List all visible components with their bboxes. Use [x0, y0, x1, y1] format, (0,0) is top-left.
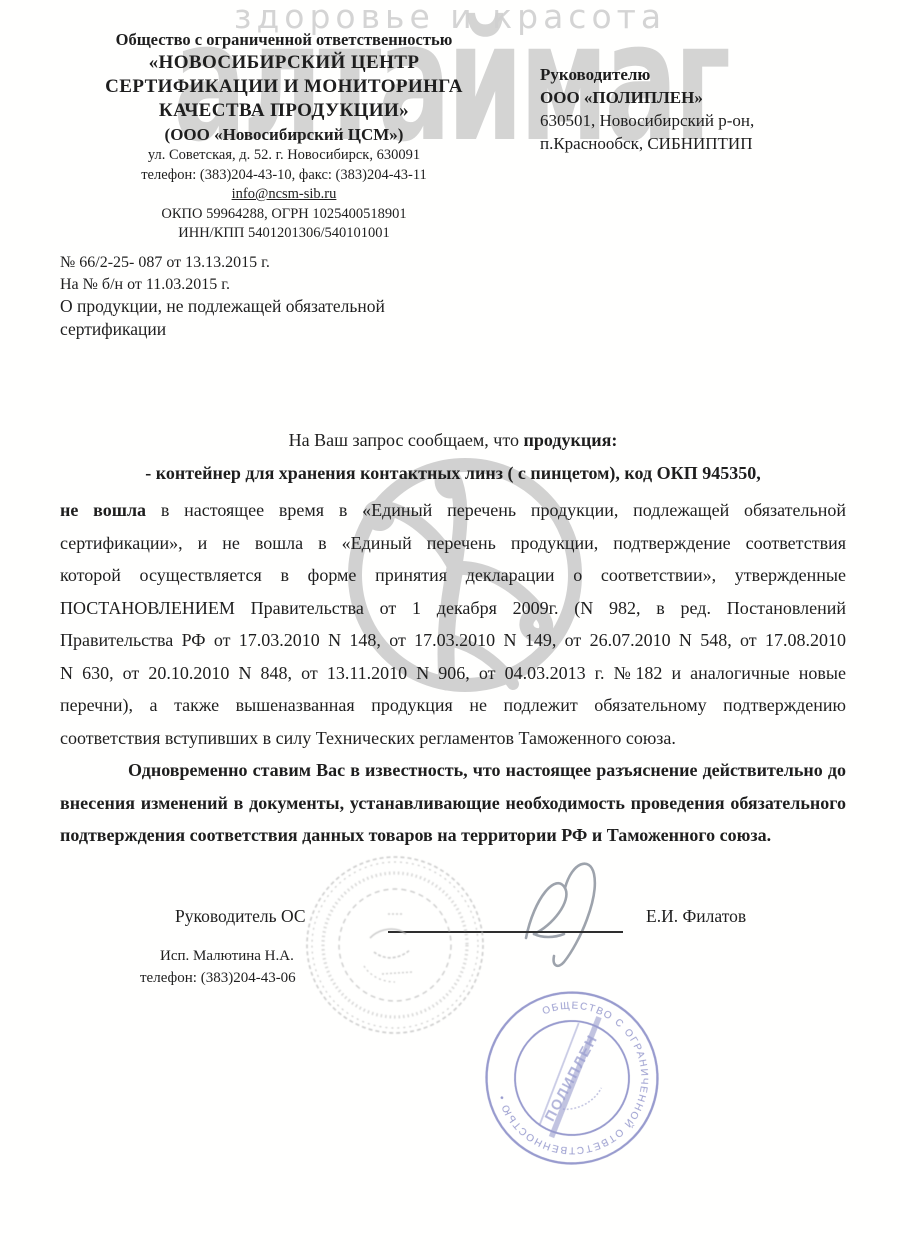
paragraph1-text: в настоящее время в «Единый перечень про… — [146, 500, 846, 520]
svg-text:ОБЩЕСТВО С ОГРАНИЧЕННОЙ ОТВЕТС: ОБЩЕСТВО С ОГРАНИЧЕННОЙ ОТВЕТСТВЕННОСТЬЮ… — [470, 976, 675, 1181]
sender-name-line1: «НОВОСИБИРСКИЙ ЦЕНТР — [60, 51, 508, 75]
paragraph1-line: не вошла в настоящее время в «Единый пер… — [60, 494, 846, 527]
sender-name-line3: КАЧЕСТВА ПРОДУКЦИИ» — [60, 99, 508, 123]
reference-block: № 66/2-25- 087 от 13.13.2015 г. На № б/н… — [60, 252, 385, 341]
paragraph2-line: подтверждения соответствия данных товаро… — [60, 819, 846, 852]
recipient-round-stamp: ОБЩЕСТВО С ОГРАНИЧЕННОЙ ОТВЕТСТВЕННОСТЬЮ… — [447, 953, 698, 1204]
scanned-letter-page: алтаймаг здоровье и красота Общество с о… — [0, 0, 900, 1257]
signature-name: Е.И. Филатов — [646, 906, 746, 927]
intro-line: На Ваш запрос сообщаем, что продукция: — [60, 424, 846, 457]
sender-round-stamp-faint — [300, 850, 490, 1040]
sender-letterhead: Общество с ограниченной ответственностью… — [60, 28, 508, 244]
handwritten-signature — [468, 850, 648, 975]
letter-body: На Ваш запрос сообщаем, что продукция: -… — [60, 424, 846, 852]
paragraph1-line: соответствия вступивших в силу Техническ… — [60, 722, 846, 755]
intro-bold-text: продукция: — [524, 430, 618, 450]
stamp-ring-text: ОБЩЕСТВО С ОГРАНИЧЕННОЙ ОТВЕТСТВЕННОСТЬЮ… — [470, 976, 675, 1181]
paragraph1-line: которой осуществляется в форме принятия … — [60, 559, 846, 592]
signature-line — [388, 931, 623, 933]
paragraph2-line: внесения изменений в документы, устанавл… — [60, 787, 846, 820]
sender-name-line2: СЕРТИФИКАЦИИ И МОНИТОРИНГА — [60, 75, 508, 99]
recipient-to: Руководителю — [540, 63, 754, 86]
recipient-org: ООО «ПОЛИПЛЕН» — [540, 86, 754, 109]
outgoing-number: № 66/2-25- 087 от 13.13.2015 г. — [60, 252, 385, 274]
sender-org-type: Общество с ограниченной ответственностью — [60, 28, 508, 51]
paragraph1-line: ПОСТАНОВЛЕНИЕМ Правительства от 1 декабр… — [60, 592, 846, 625]
sender-short-name: (ООО «Новосибирский ЦСМ») — [60, 123, 508, 146]
subject-line1: О продукции, не подлежащей обязательной — [60, 295, 385, 318]
paragraph1-line: перечни), а также вышеназванная продукци… — [60, 689, 846, 722]
paragraph1-line: сертификации», и не вошла в «Единый пере… — [60, 527, 846, 560]
sender-phone-fax: телефон: (383)204-43-10, факс: (383)204-… — [60, 166, 508, 186]
paragraph1-line: N 630, от 20.10.2010 N 848, от 13.11.201… — [60, 657, 846, 690]
sender-okpo-ogrn: ОКПО 59964288, ОГРН 1025400518901 — [60, 205, 508, 225]
sender-email: info@ncsm-sib.ru — [60, 185, 508, 205]
incoming-number: На № б/н от 11.03.2015 г. — [60, 274, 385, 296]
product-line: - контейнер для хранения контактных линз… — [60, 457, 846, 490]
recipient-address-line1: 630501, Новосибирский р-он, — [540, 109, 754, 132]
sender-address: ул. Советская, д. 52. г. Новосибирск, 63… — [60, 146, 508, 166]
executor-phone: телефон: (383)204-43-06 — [140, 968, 296, 990]
subject-line2: сертификации — [60, 318, 385, 341]
intro-text: На Ваш запрос сообщаем, что — [289, 430, 524, 450]
paragraph2-line: Одновременно ставим Вас в известность, ч… — [60, 754, 846, 787]
stamp-center-text: ПОЛИПЛЕН — [542, 1032, 601, 1125]
executor-name: Исп. Малютина Н.А. — [140, 946, 296, 968]
recipient-block: Руководителю ООО «ПОЛИПЛЕН» 630501, Ново… — [540, 63, 754, 155]
executor-block: Исп. Малютина Н.А. телефон: (383)204-43-… — [140, 946, 296, 989]
paragraph1-lead-bold: не вошла — [60, 500, 146, 520]
recipient-address-line2: п.Краснообск, СИБНИПТИП — [540, 132, 754, 155]
sender-inn-kpp: ИНН/КПП 5401201306/540101001 — [60, 224, 508, 244]
paragraph1-line: Правительства РФ от 17.03.2010 N 148, от… — [60, 624, 846, 657]
signature-title: Руководитель ОС — [175, 906, 306, 927]
